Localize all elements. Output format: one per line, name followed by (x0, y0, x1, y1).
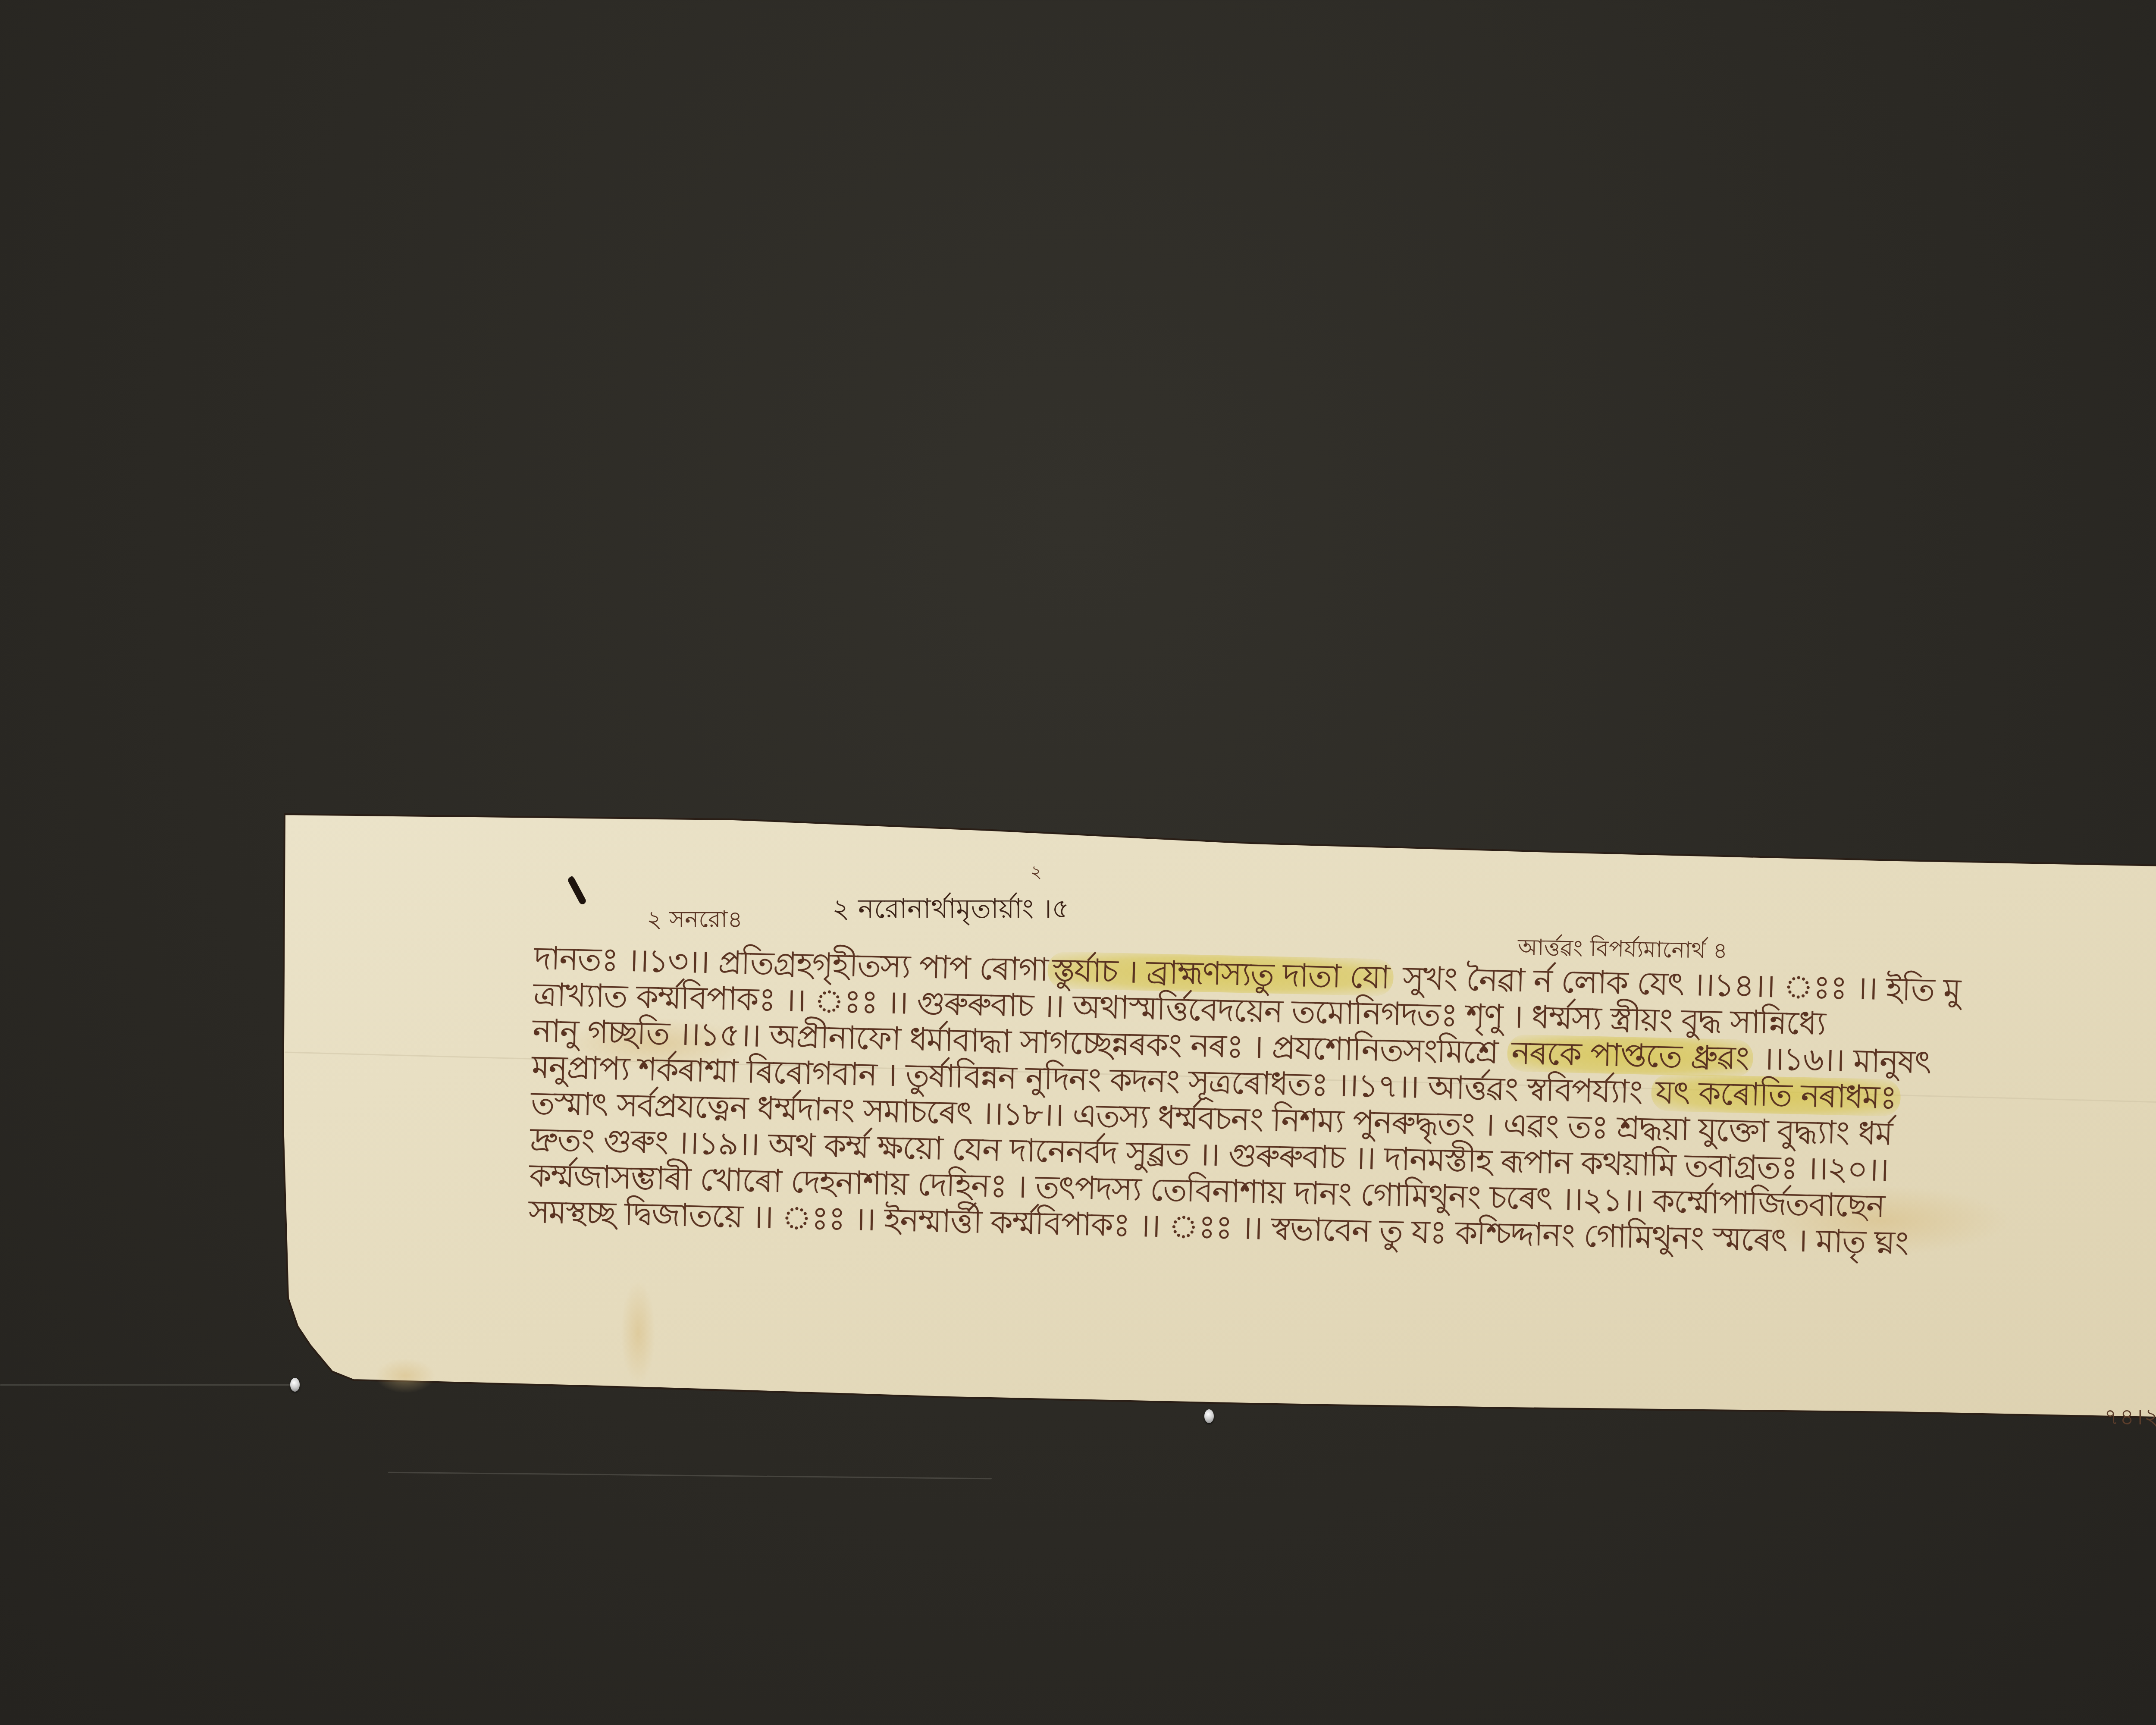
header-center-label: ২ নরোনাৰ্থামৃতাৰ্য়াং ।৫ (832, 888, 1069, 933)
paper-shape (0, 0, 2156, 1725)
mounting-pin-icon (290, 1378, 300, 1392)
manuscript-leaf: ২ সনরো৪ ২ ২ নরোনাৰ্থামৃতাৰ্য়াং ।৫ আৰ্ত্… (0, 0, 2156, 1725)
catalog-number: ৭৪।২।৫ (2104, 1399, 2156, 1437)
ink-dot-mark (570, 876, 573, 880)
manuscript-text-body: দানতঃ ।।১৩।। প্ৰতিগ্ৰহগৃহীতস্য পাপ ৰোগাস… (528, 940, 2130, 1266)
highlighted-text-segment: যৎ কৰোতি নৰাধমঃ (1651, 1074, 1901, 1117)
mounting-pin-icon (1204, 1409, 1214, 1423)
highlighted-text-segment: নৰকে পাপ্ততে ধ্ৰুৱং (1507, 1034, 1753, 1077)
header-left-label: ২ সনরো৪ (647, 901, 743, 940)
header-center-superscript: ২ (1031, 858, 1042, 887)
text-segment: ।।১৬।। মানুষৎ (1752, 1040, 1931, 1081)
